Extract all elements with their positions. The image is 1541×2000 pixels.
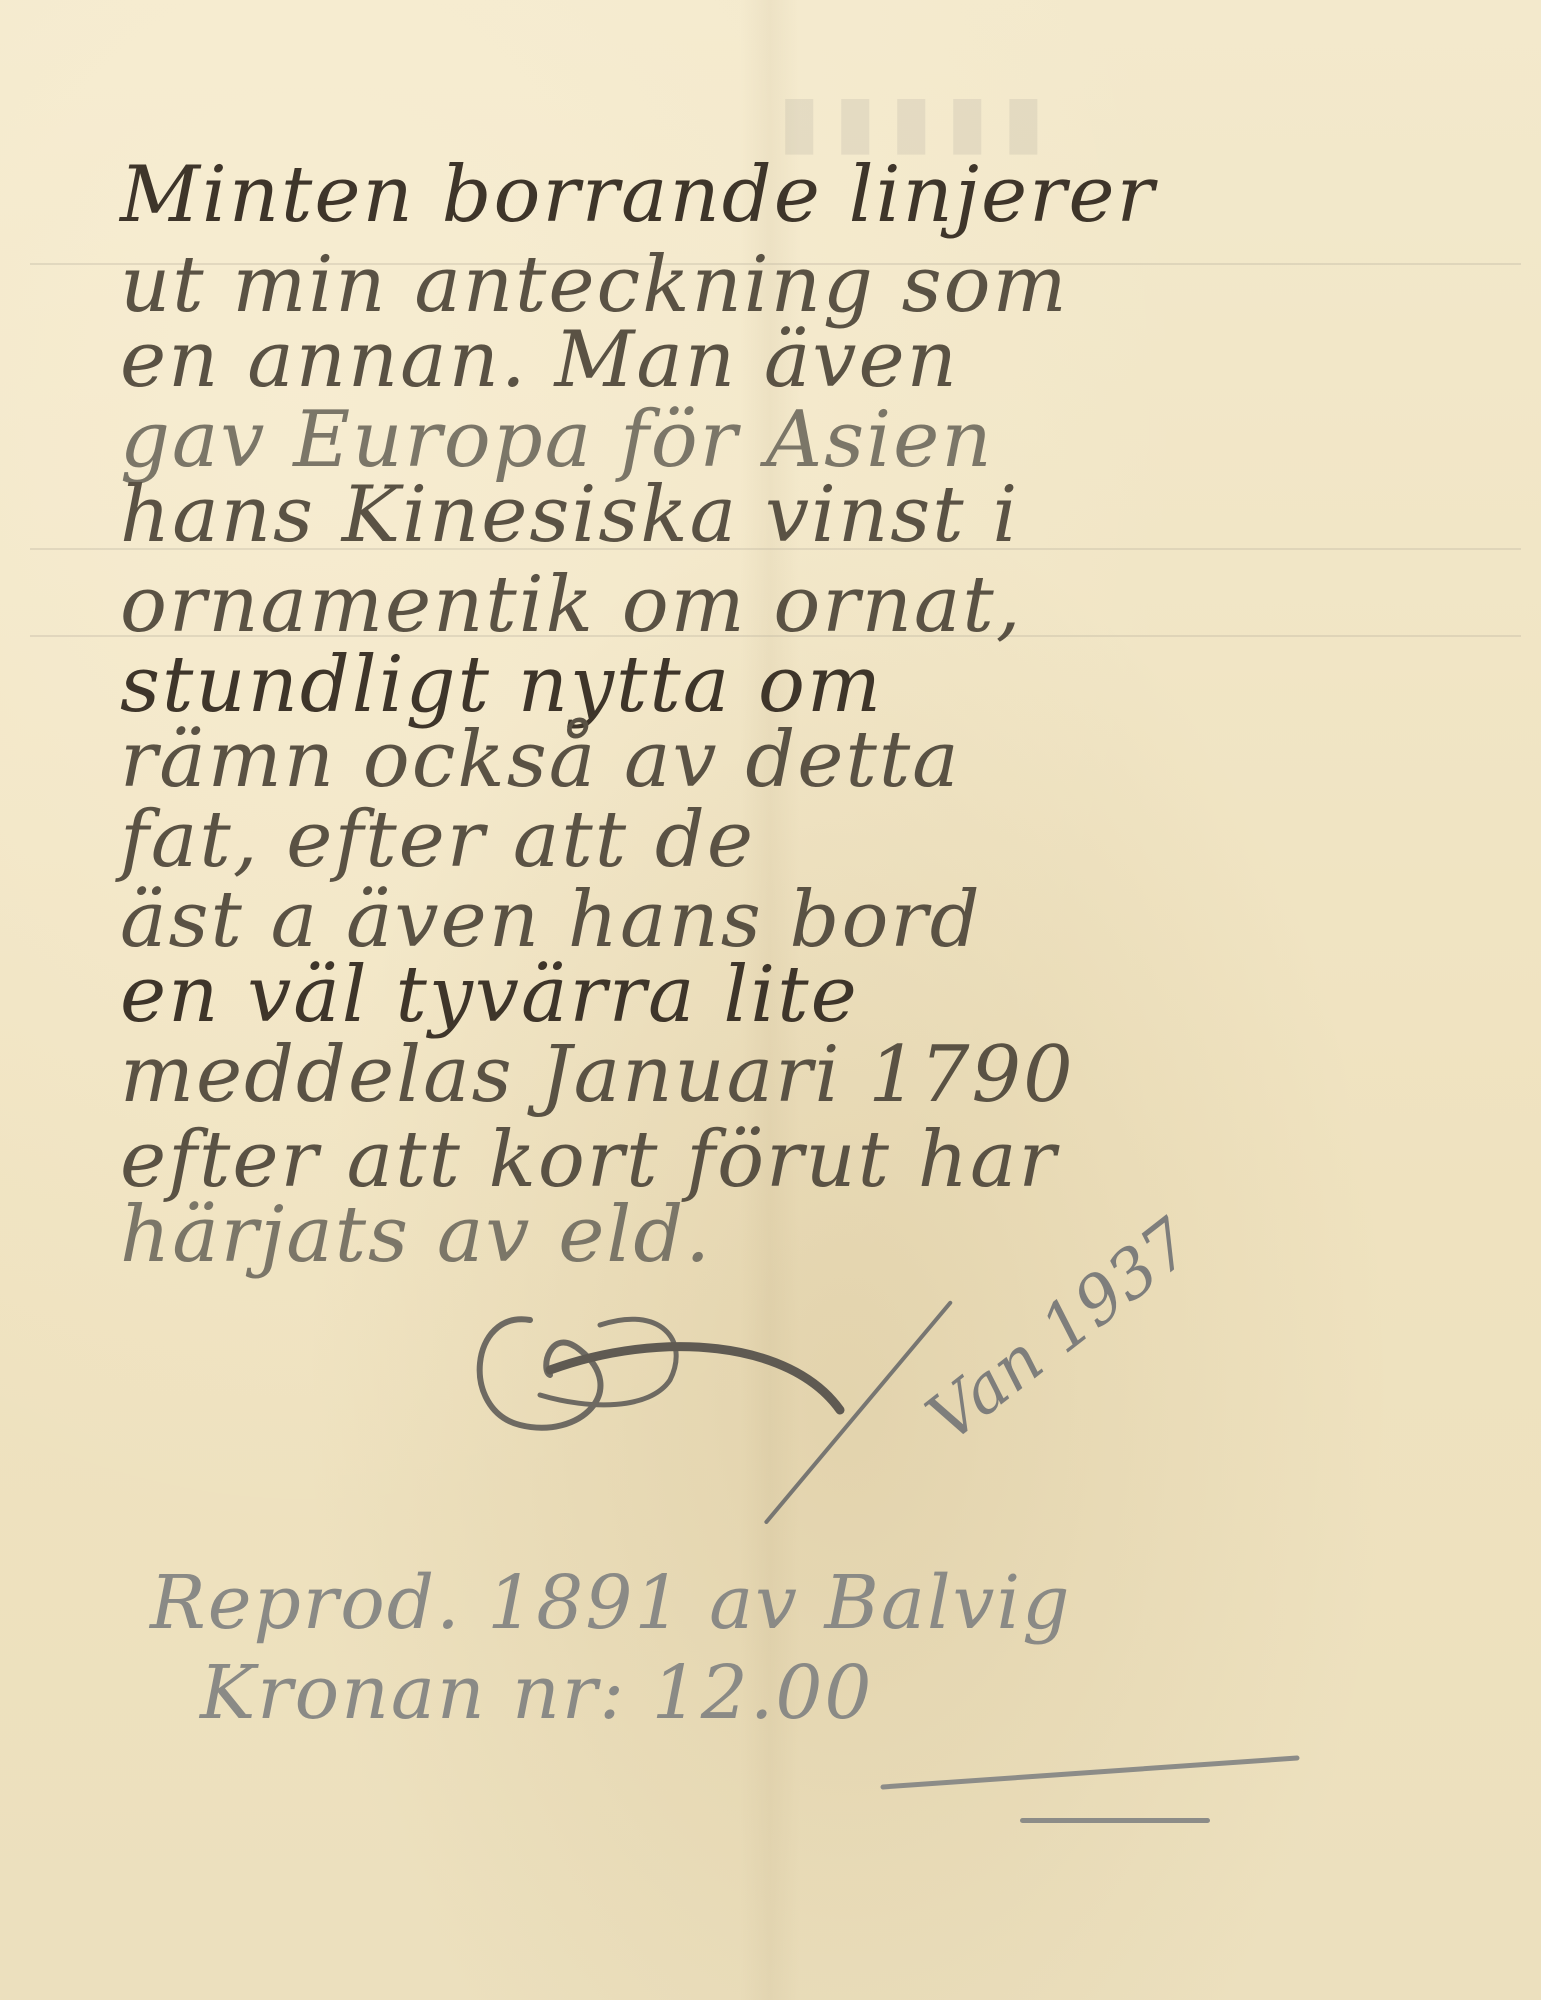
body-line: härjats av eld. [120,1190,712,1280]
footer-line: Reprod. 1891 av Balvig [150,1560,1072,1646]
body-line: en annan. Man även [120,315,959,405]
body-line: ornamentik om ornat, [120,560,1023,650]
footer-line: Kronan nr: 12.00 [200,1650,874,1736]
body-line: fat, efter att de [120,795,755,885]
body-line: Minten borrande linjerer [120,150,1156,240]
price-underline [1020,1818,1210,1823]
body-line: en väl tyvärra lite [120,950,859,1040]
body-line: meddelas Januari 1790 [120,1030,1075,1120]
body-line: rämn också av detta [120,715,961,805]
body-line: hans Kinesiska vinst i [120,470,1019,560]
